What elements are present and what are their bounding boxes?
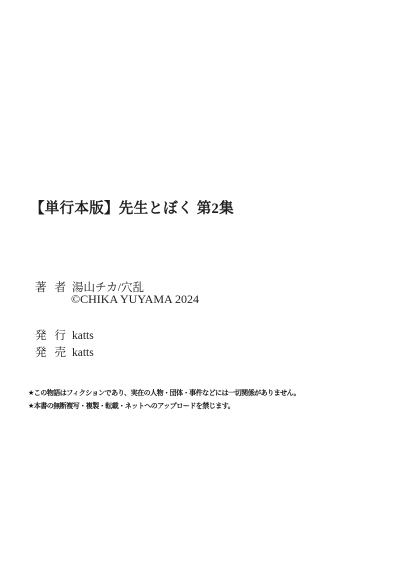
colophon-page: 【単行本版】先生とぼく 第2集 著 者 湯山チカ/穴乱 ©CHIKA YUYAM…	[0, 0, 400, 569]
copyright-line: ©CHIKA YUYAMA 2024	[71, 292, 199, 307]
seller-name: katts	[72, 347, 94, 359]
publisher-name: katts	[72, 330, 94, 342]
reproduction-prohibition-notice: ★本書の無断複写・複製・転載・ネットへのアップロードを禁じます。	[28, 401, 234, 411]
page-title: 【単行本版】先生とぼく 第2集	[30, 197, 234, 218]
author-label-left: 著	[35, 279, 47, 295]
seller-row: 発 売 katts	[35, 344, 94, 360]
author-label: 著 者	[35, 279, 66, 295]
publisher-row: 発 行 katts	[35, 327, 94, 343]
publisher-label-right: 行	[55, 327, 67, 343]
author-label-right: 者	[55, 279, 67, 295]
publisher-label-left: 発	[35, 327, 47, 343]
seller-label-right: 売	[55, 344, 67, 360]
fiction-disclaimer-notice: ★この物語はフィクションであり、実在の人物・団体・事件などには一切関係がありませ…	[28, 388, 300, 398]
seller-label-left: 発	[35, 344, 47, 360]
publisher-label: 発 行	[35, 327, 66, 343]
seller-label: 発 売	[35, 344, 66, 360]
